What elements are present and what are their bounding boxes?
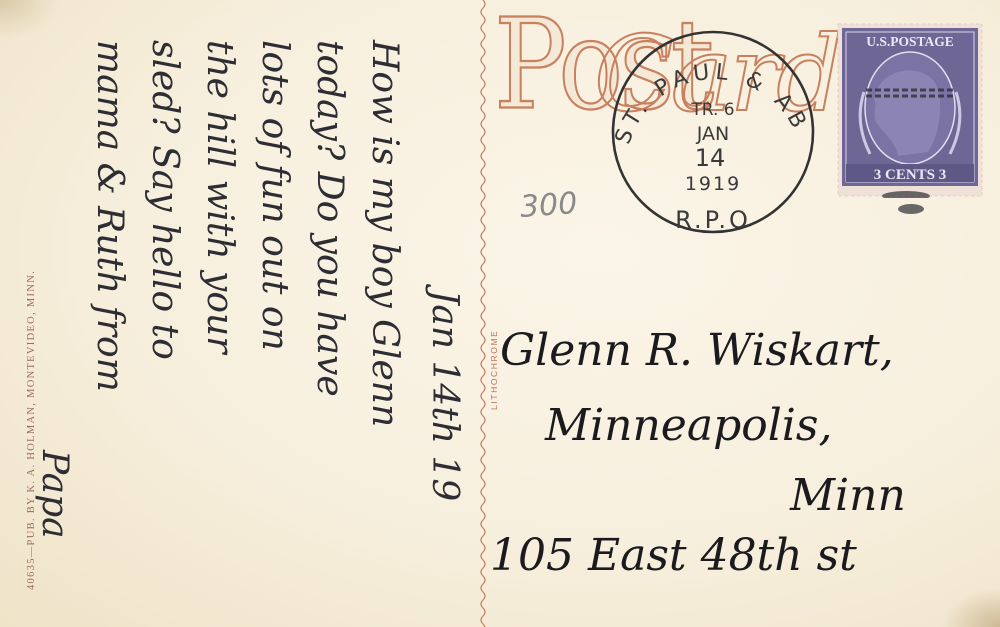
- printer-mark: LITHOCHROME: [489, 330, 499, 410]
- publisher-imprint: 40635—PUB. BY K. A. HOLMAN, MONTEVIDEO, …: [26, 270, 37, 590]
- postmark-type: R.P.O: [675, 206, 751, 234]
- message-line-4: the hill with your: [199, 40, 240, 353]
- postmark: ST. PAUL & ABERDEEN TR. 6 JAN 14 1919 R.…: [598, 20, 828, 240]
- postmark-year: 1919: [685, 173, 741, 195]
- address-city: Minneapolis,: [545, 400, 832, 451]
- postmark-day: 14: [695, 144, 726, 172]
- message-line-2: today? Do you have: [309, 40, 350, 397]
- message-line-6: mama & Ruth from: [89, 40, 130, 392]
- message-signature: Papa: [34, 450, 75, 539]
- address-name: Glenn R. Wiskart,: [500, 325, 894, 376]
- message-line-1: How is my boy Glenn: [364, 40, 405, 427]
- stamp-bottom-label: 3 CENTS 3: [874, 167, 947, 183]
- postage-stamp: U.S.POSTAGE 3 CENTS 3: [836, 22, 984, 198]
- postmark-month: JAN: [696, 123, 729, 145]
- message-date: Jan 14th 19: [424, 290, 465, 501]
- stamp-top-label: U.S.POSTAGE: [866, 34, 954, 49]
- message-line-5: sled? Say hello to: [144, 40, 185, 360]
- center-divider: [478, 0, 488, 627]
- message-line-3: lots of fun out on: [254, 40, 295, 351]
- postmark-train: TR. 6: [690, 100, 734, 120]
- paper-wear-top-left: [0, 0, 60, 40]
- address-street: 105 East 48th st: [490, 530, 857, 581]
- address-state: Minn: [790, 470, 906, 521]
- handwritten-message: Jan 14th 19 How is my boy Glenn today? D…: [60, 20, 470, 620]
- ink-smudge: [898, 204, 924, 214]
- paper-wear-bottom-right: [940, 587, 1000, 627]
- postcard-back: 40635—PUB. BY K. A. HOLMAN, MONTEVIDEO, …: [0, 0, 1000, 627]
- pencil-price-note: 300: [519, 186, 579, 225]
